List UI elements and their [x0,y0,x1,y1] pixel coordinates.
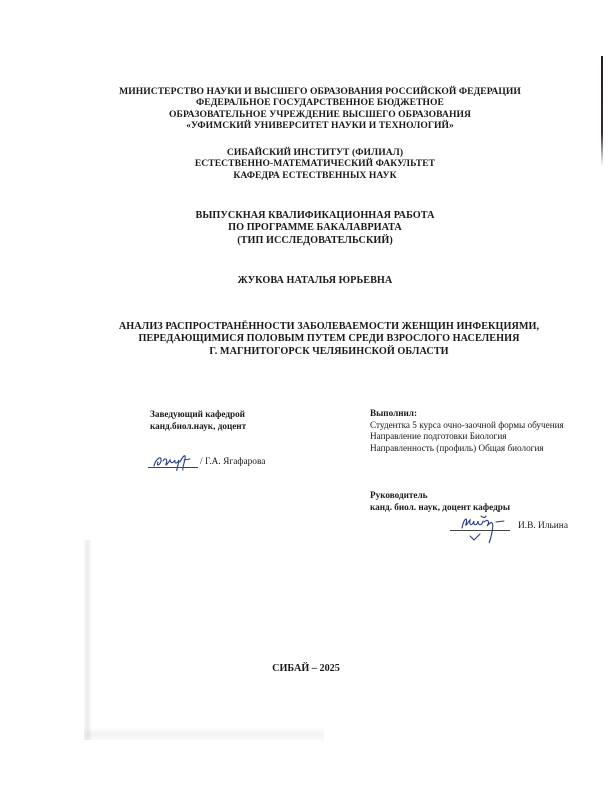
performed-by-line: Студентка 5 курса очно-заочной формы обу… [370,420,564,432]
supervisor-signature-row: И.В. Ильина [450,512,590,550]
thesis-topic: АНАЛИЗ РАСПРОСТРАНЁННОСТИ ЗАБОЛЕВАЕМОСТИ… [23,321,612,358]
work-type-line: (ТИП ИССЛЕДОВАТЕЛЬСКИЙ) [9,235,612,247]
institute-line: КАФЕДРА ЕСТЕСТВЕННЫХ НАУК [9,170,612,181]
performed-by-label: Выполнил: [370,408,564,420]
ministry-line: «УФИМСКИЙ УНИВЕРСИТЕТ НАУКИ И ТЕХНОЛОГИЙ… [14,120,612,131]
ministry-line: МИНИСТЕРСТВО НАУКИ И ВЫСШЕГО ОБРАЗОВАНИЯ… [14,86,612,97]
author-name-text: ЖУКОВА НАТАЛЬЯ ЮРЬЕВНА [9,275,612,286]
head-title: Заведующий кафедрой [150,408,246,420]
head-of-department-block: Заведующий кафедрой канд.биол.наук, доце… [150,408,246,433]
institute-line: СИБАЙСКИЙ ИНСТИТУТ (ФИЛИАЛ) [9,147,612,158]
performed-by-line: Направление подготовки Биология [370,431,564,443]
institute-line: ЕСТЕСТВЕННО-МАТЕМАТИЧЕСКИЙ ФАКУЛЬТЕТ [9,158,612,169]
ministry-line: ФЕДЕРАЛЬНОЕ ГОСУДАРСТВЕННОЕ БЮДЖЕТНОЕ [14,97,612,108]
author-name: ЖУКОВА НАТАЛЬЯ ЮРЬЕВНА [9,275,612,286]
handwritten-signature-icon [148,450,200,474]
institute-header: СИБАЙСКИЙ ИНСТИТУТ (ФИЛИАЛ) ЕСТЕСТВЕННО-… [9,147,612,181]
head-signature-row: / Г.А. Ягафарова [148,450,328,474]
head-degree: канд.биол.наук, доцент [150,420,246,432]
head-signature-name: / Г.А. Ягафарова [200,457,265,467]
supervisor-title: Руководитель [370,489,510,501]
scan-shadow-bottom [84,728,324,740]
performed-by-block: Выполнил: Студентка 5 курса очно-заочной… [370,408,564,454]
city-year: СИБАЙ – 2025 [0,663,612,674]
topic-line: Г. МАГНИТОГОРСК ЧЕЛЯБИНСКОЙ ОБЛАСТИ [23,346,612,358]
scan-shadow-left [84,540,92,740]
topic-line: ПЕРЕДАЮЩИМИСЯ ПОЛОВЫМ ПУТЕМ СРЕДИ ВЗРОСЛ… [23,333,612,345]
work-type-line: ВЫПУСКНАЯ КВАЛИФИКАЦИОННАЯ РАБОТА [9,210,612,222]
topic-line: АНАЛИЗ РАСПРОСТРАНЁННОСТИ ЗАБОЛЕВАЕМОСТИ… [23,321,612,333]
ministry-header: МИНИСТЕРСТВО НАУКИ И ВЫСШЕГО ОБРАЗОВАНИЯ… [14,86,612,132]
handwritten-signature-icon [454,512,518,550]
supervisor-block: Руководитель канд. биол. наук, доцент ка… [370,489,510,513]
signature-line [148,467,198,468]
performed-by-line: Направленность (профиль) Общая биология [370,443,564,455]
work-type-line: ПО ПРОГРАММЕ БАКАЛАВРИАТА [9,222,612,234]
ministry-line: ОБРАЗОВАТЕЛЬНОЕ УЧРЕЖДЕНИЕ ВЫСШЕГО ОБРАЗ… [14,109,612,120]
work-type: ВЫПУСКНАЯ КВАЛИФИКАЦИОННАЯ РАБОТА ПО ПРО… [9,210,612,247]
supervisor-signature-name: И.В. Ильина [518,521,568,531]
signature-line [450,530,510,531]
